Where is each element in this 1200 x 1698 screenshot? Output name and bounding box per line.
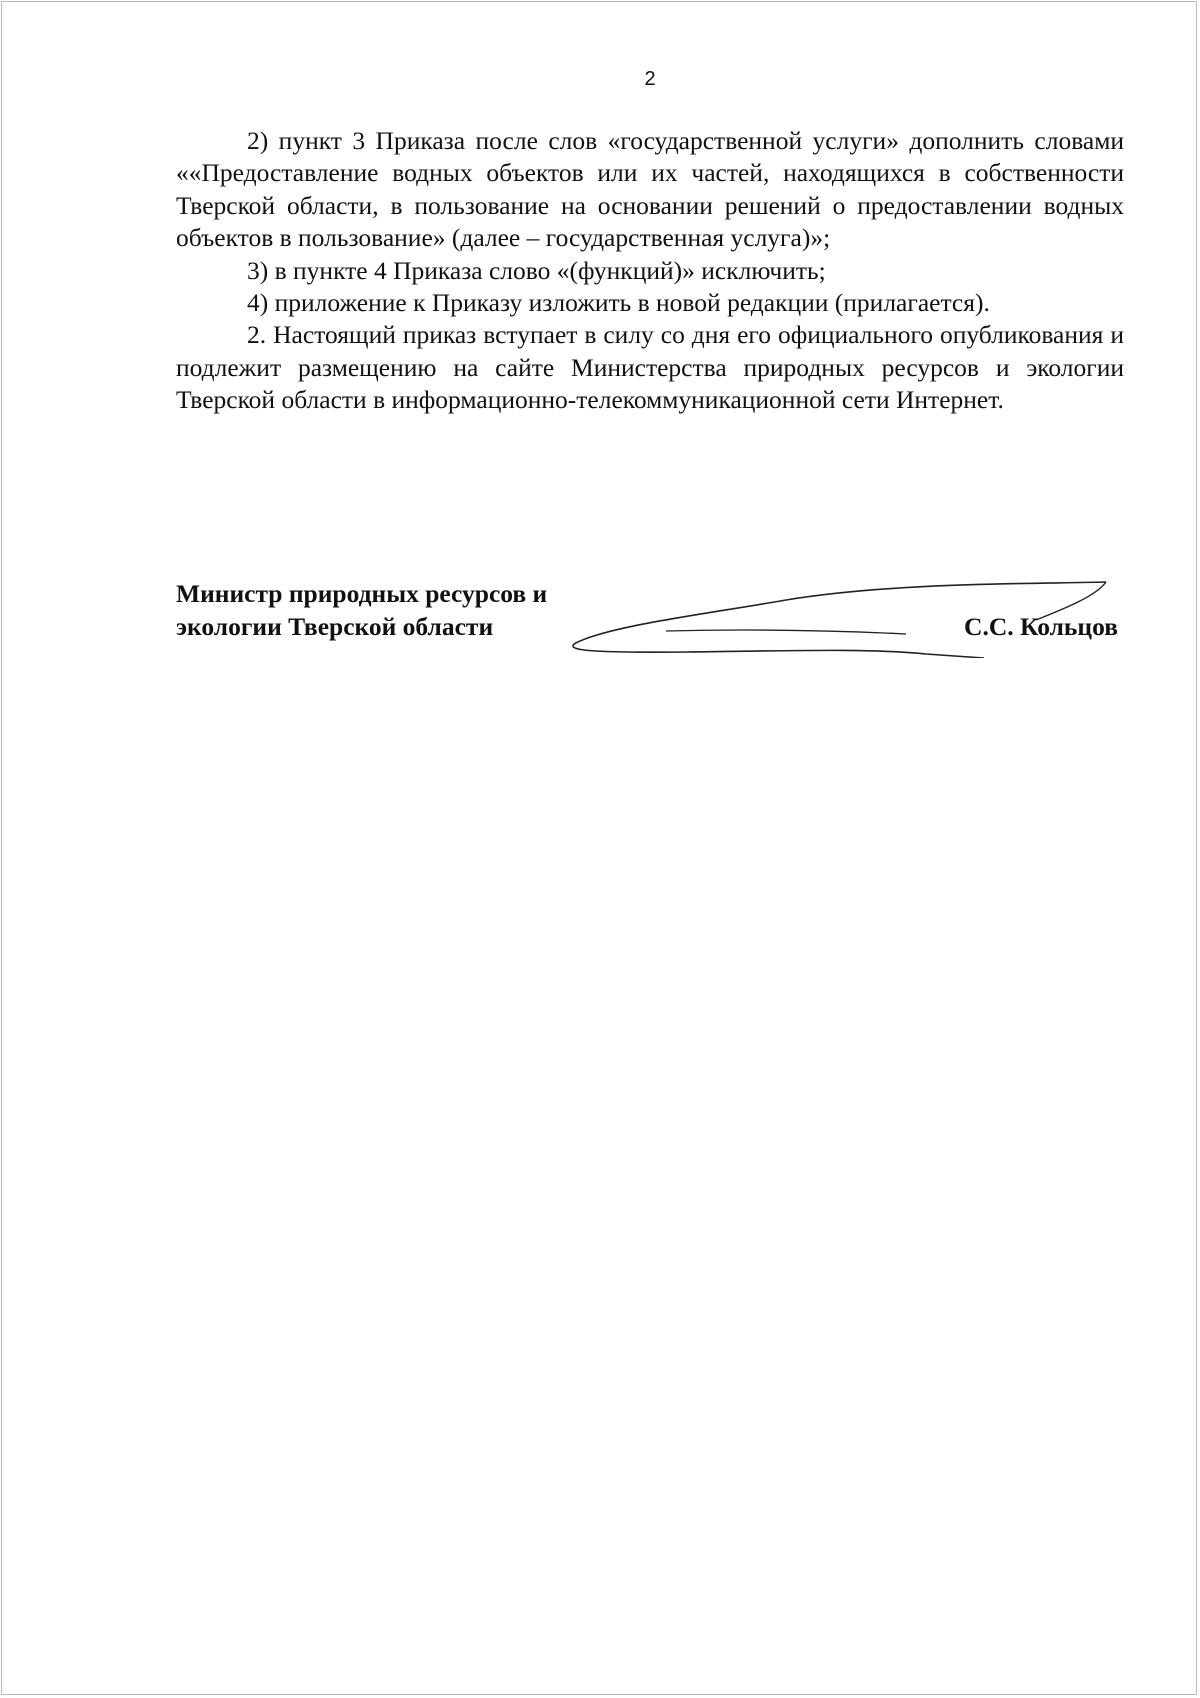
page-number: 2 bbox=[0, 68, 1200, 91]
signatory-title-line2: экологии Тверской области bbox=[176, 611, 547, 644]
signature-block: Министр природных ресурсов и экологии Тв… bbox=[176, 578, 1126, 658]
document-body: 2) пункт 3 Приказа после слов «государст… bbox=[176, 125, 1124, 417]
signatory-name: С.С. Кольцов bbox=[964, 611, 1118, 644]
signatory-title-line1: Министр природных ресурсов и bbox=[176, 578, 547, 611]
paragraph-item-2: 2) пункт 3 Приказа после слов «государст… bbox=[176, 125, 1124, 255]
signatory-title: Министр природных ресурсов и экологии Тв… bbox=[176, 578, 547, 643]
paragraph-item-4: 4) приложение к Приказу изложить в новой… bbox=[176, 287, 1124, 319]
paragraph-section-2: 2. Настоящий приказ вступает в силу со д… bbox=[176, 319, 1124, 416]
paragraph-item-3: 3) в пункте 4 Приказа слово «(функций)» … bbox=[176, 255, 1124, 287]
